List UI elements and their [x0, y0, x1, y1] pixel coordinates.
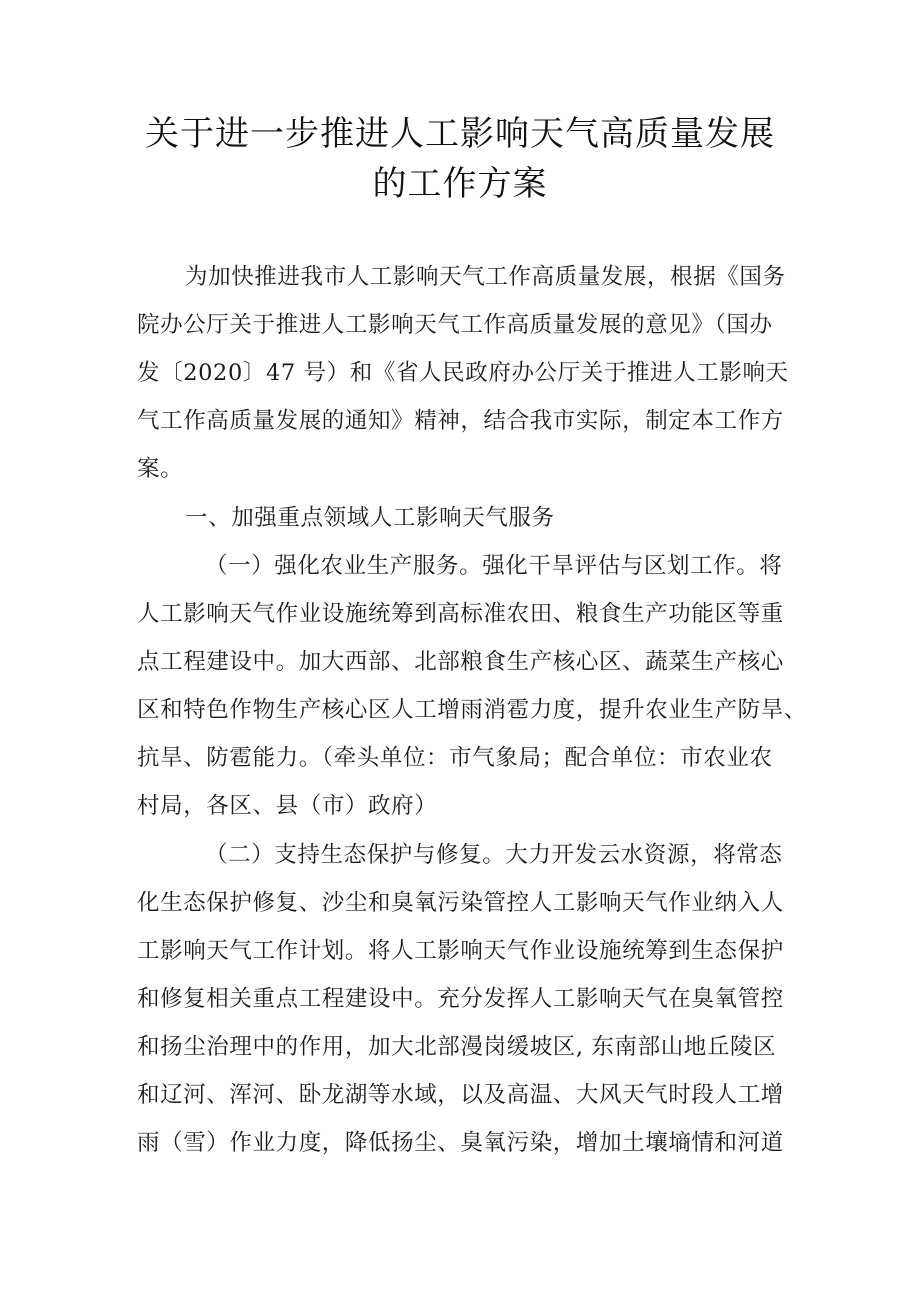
item2-paragraph-line: 和辽河、浑河、卧龙湖等水域，以及高温、大风天气时段人工增 [137, 1080, 784, 1110]
item2-paragraph-line: （二）支持生态保护与修复。大力开发云水资源，将常态 [205, 840, 783, 870]
item2-paragraph-line: 雨（雪）作业力度，降低扬尘、臭氧污染，增加土壤墒情和河道 [137, 1128, 784, 1158]
item1-paragraph-line: 村局，各区、县（市）政府） [137, 791, 437, 821]
item1-paragraph-line: （一）强化农业生产服务。强化干旱评估与区划工作。将 [205, 551, 783, 581]
intro-paragraph-line: 案。 [137, 454, 183, 484]
section-heading: 一、加强重点领域人工影响天气服务 [185, 503, 555, 533]
item1-paragraph-line: 点工程建设中。加大西部、北部粮食生产核心区、蔬菜生产核心 [137, 647, 784, 677]
item2-paragraph-line: 化生态保护修复、沙尘和臭氧污染管控人工影响天气作业纳入人 [137, 888, 784, 918]
intro-paragraph-line: 为加快推进我市人工影响天气工作高质量发展，根据《国务 [185, 262, 786, 292]
document-page: 关于进一步推进人工影响天气高质量发展 的工作方案 为加快推进我市人工影响天气工作… [0, 0, 920, 1301]
document-title-line-1: 关于进一步推进人工影响天气高质量发展 [0, 112, 920, 156]
item1-paragraph-line: 人工影响天气作业设施统筹到高标准农田、粮食生产功能区等重 [137, 599, 784, 629]
intro-paragraph-line: 气工作高质量发展的通知》精神，结合我市实际，制定本工作方 [137, 406, 784, 436]
item2-paragraph-line: 和扬尘治理中的作用，加大北部漫岗缓坡区, 东南部山地丘陵区 [137, 1032, 776, 1062]
item1-paragraph-line: 抗旱、防雹能力。（牵头单位：市气象局；配合单位：市农业农 [137, 743, 773, 773]
intro-paragraph-line: 发〔2020〕47 号）和《省人民政府办公厅关于推进人工影响天 [137, 358, 789, 388]
item2-paragraph-line: 工影响天气工作计划。将人工影响天气作业设施统筹到生态保护 [137, 936, 784, 966]
item2-paragraph-line: 和修复相关重点工程建设中。充分发挥人工影响天气在臭氧管控 [137, 984, 784, 1014]
item1-paragraph-line: 区和特色作物生产核心区人工增雨消雹力度，提升农业生产防旱、 [137, 695, 807, 725]
document-title-line-2: 的工作方案 [0, 162, 920, 206]
intro-paragraph-line: 院办公厅关于推进人工影响天气工作高质量发展的意见》（国办 [137, 310, 773, 340]
